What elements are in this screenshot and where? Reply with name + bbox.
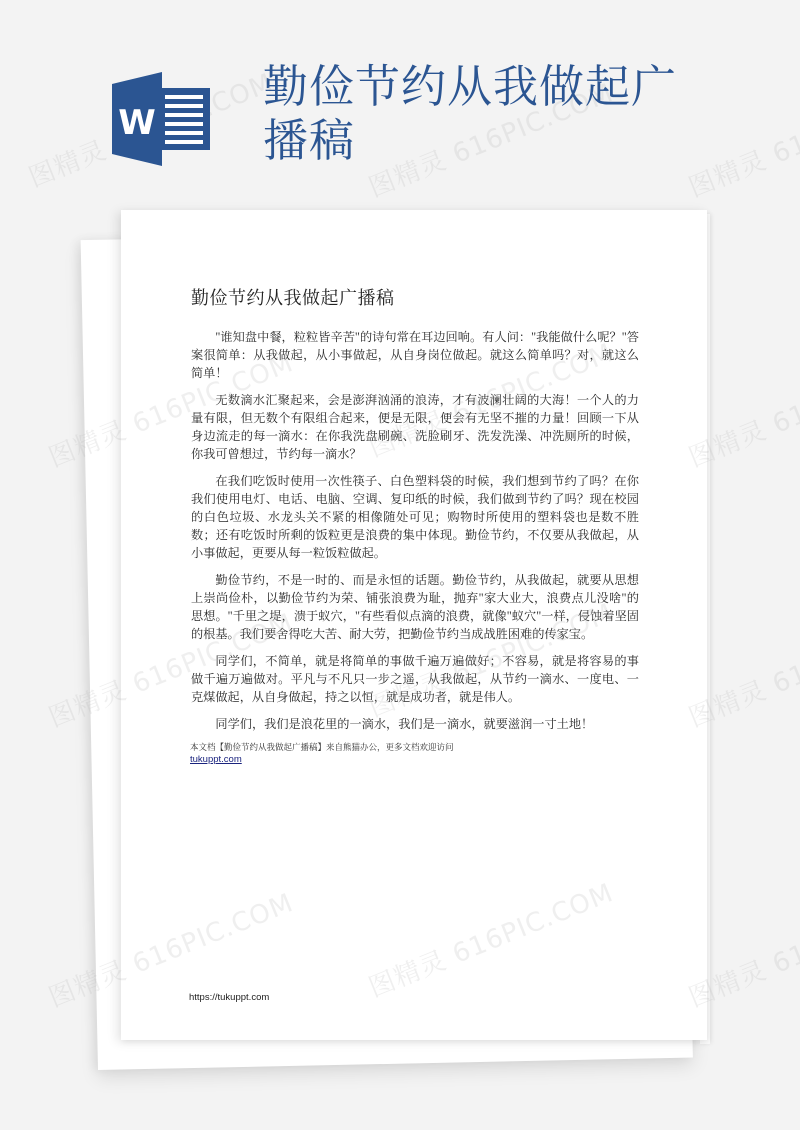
paragraph: 同学们，我们是浪花里的一滴水，我们是一滴水，就要滋润一寸土地！: [191, 715, 639, 733]
document-body: "谁知盘中餐，粒粒皆辛苦"的诗句常在耳边回响。有人问："我能做什么呢？"答案很简…: [191, 328, 639, 742]
header: W 勤俭节约从我做起广播稿: [0, 0, 800, 200]
paragraph: 在我们吃饭时使用一次性筷子、白色塑料袋的时候，我们想到节约了吗？在你我们使用电灯…: [191, 472, 639, 562]
svg-text:W: W: [118, 103, 156, 143]
paragraph: 勤俭节约，不是一时的、而是永恒的话题。勤俭节约，从我做起，就要从思想上崇尚俭朴，…: [191, 571, 639, 643]
footnote-link[interactable]: tukuppt.com: [190, 754, 638, 766]
document-page: 勤俭节约从我做起广播稿 "谁知盘中餐，粒粒皆辛苦"的诗句常在耳边回响。有人问："…: [121, 210, 707, 1040]
paragraph: 同学们，不简单，就是将简单的事做千遍万遍做好；不容易，就是将容易的事做千遍万遍做…: [191, 652, 639, 706]
page-footer-url: https://tukuppt.com: [189, 992, 269, 1003]
source-footnote: 本文档【勤俭节约从我做起广播稿】来自熊猫办公，更多文档欢迎访问 tukuppt.…: [190, 742, 638, 766]
footnote-text: 本文档【勤俭节约从我做起广播稿】来自熊猫办公，更多文档欢迎访问: [190, 743, 454, 753]
paragraph: 无数滴水汇聚起来，会是澎湃汹涌的浪涛，才有波澜壮阔的大海！一个人的力量有限，但无…: [191, 391, 639, 463]
header-title: 勤俭节约从我做起广播稿: [263, 60, 703, 168]
word-document-icon: W: [110, 70, 214, 166]
document-title: 勤俭节约从我做起广播稿: [191, 284, 395, 310]
paragraph: "谁知盘中餐，粒粒皆辛苦"的诗句常在耳边回响。有人问："我能做什么呢？"答案很简…: [191, 328, 639, 382]
